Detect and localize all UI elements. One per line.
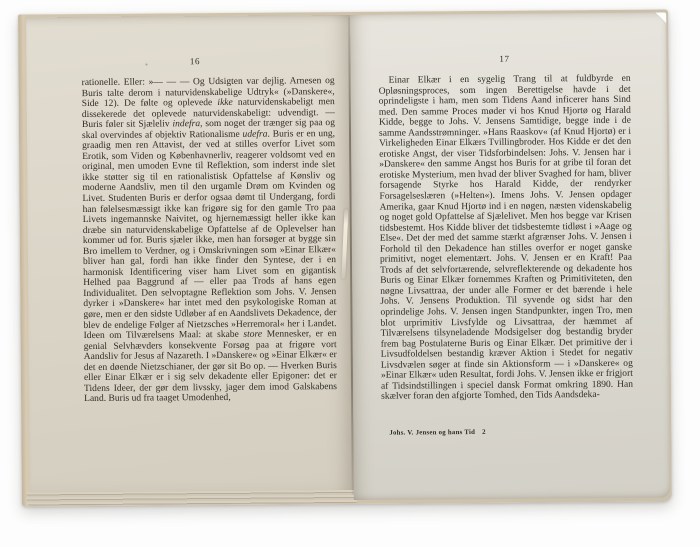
paper-speck — [145, 64, 147, 66]
running-title: Johs. V. Jensen og hans Tid2 — [389, 429, 485, 437]
paper-crease — [341, 209, 348, 279]
left-page-text: rationelle. Eller: »— — — Og Udsigten va… — [82, 76, 338, 405]
running-title-text: Johs. V. Jensen og hans Tid — [389, 429, 475, 437]
photo-background: 16 rationelle. Eller: »— — — Og Udsigten… — [0, 0, 700, 547]
open-book: 16 rationelle. Eller: »— — — Og Udsigten… — [18, 9, 672, 506]
right-page: 17 Einar Elkær i en sygelig Trang til at… — [350, 12, 670, 499]
right-page-text: Einar Elkær i en sygelig Trang til at fu… — [379, 74, 634, 403]
page-edges-stack — [27, 490, 357, 506]
corner-fold — [654, 12, 667, 24]
left-page: 16 rationelle. Eller: »— — — Og Udsigten… — [26, 15, 354, 493]
page-number-right: 17 — [378, 53, 630, 65]
page-number-left: 16 — [68, 55, 321, 67]
running-title-volume: 2 — [482, 429, 486, 436]
